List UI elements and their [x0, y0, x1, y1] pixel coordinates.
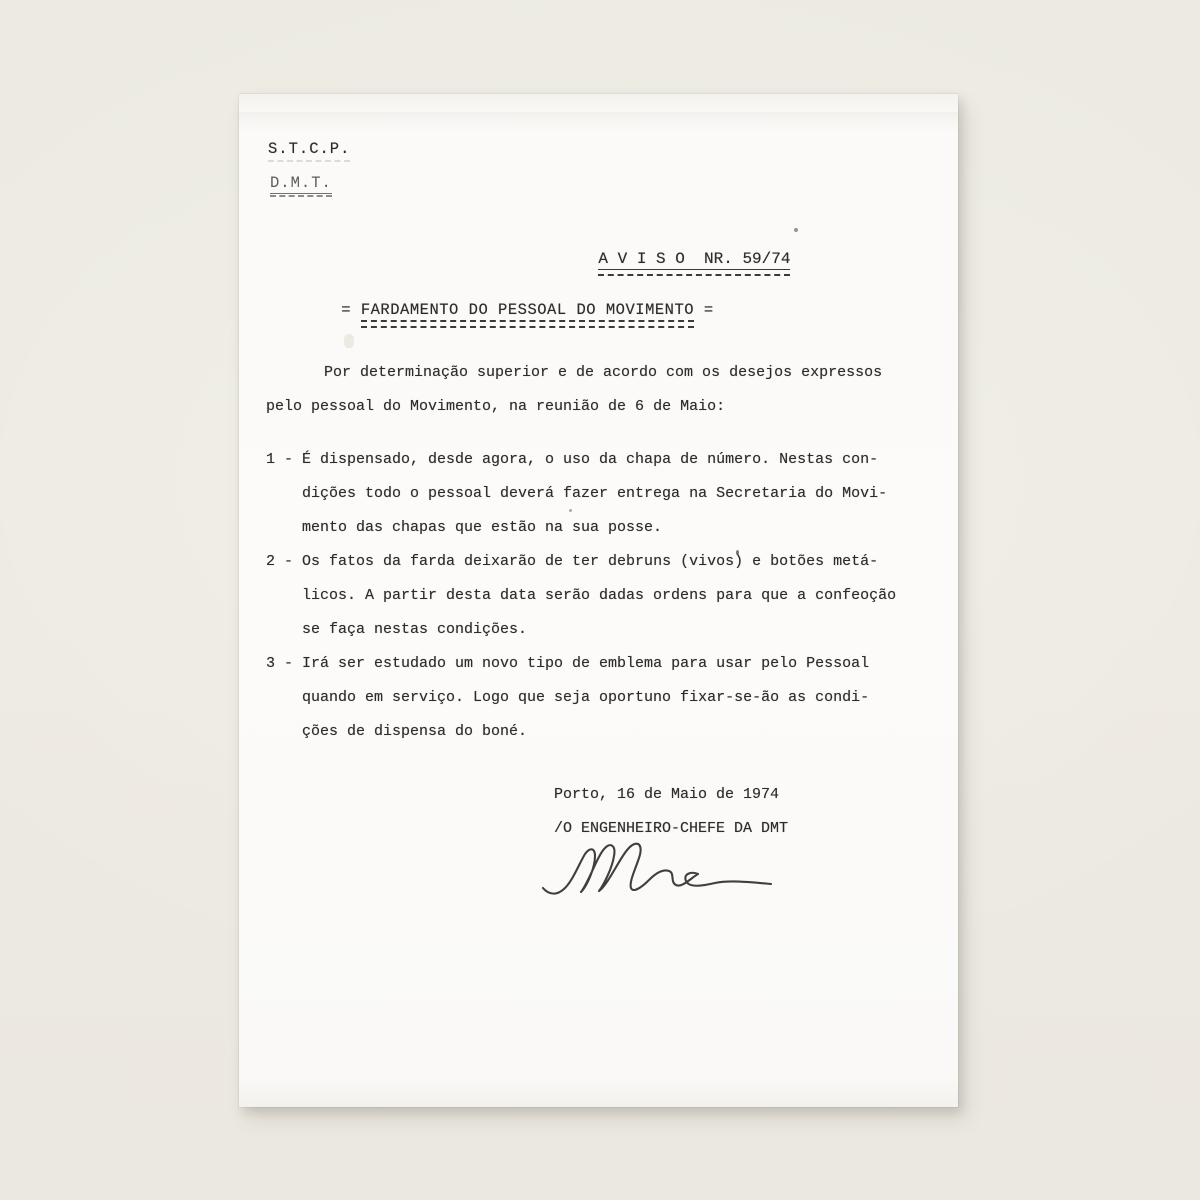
document-page: S.T.C.P. D.M.T. A V I S O NR. 59/74 = FA… — [239, 94, 958, 1107]
handwritten-signature — [539, 838, 779, 902]
item-3-line-1: 3 - Irá ser estudado um novo tipo de emb… — [266, 647, 926, 681]
notice-number: NR. 59/74 — [704, 250, 790, 268]
intro-line-2: pelo pessoal do Movimento, na reunião de… — [266, 390, 926, 424]
item-2-line-1: 2 - Os fatos da farda deixarão de ter de… — [266, 545, 926, 579]
subject-text: FARDAMENTO DO PESSOAL DO MOVIMENTO — [361, 301, 694, 322]
intro-line-1: Por determinação superior e de acordo co… — [266, 356, 926, 390]
notice-title-word: A V I S O — [598, 250, 684, 268]
org-abbreviation: S.T.C.P. — [268, 140, 350, 162]
dept-abbreviation-text: D.M.T. — [270, 174, 332, 194]
notice-title-separator — [685, 250, 704, 268]
scan-speck — [794, 228, 798, 232]
place-date-line: Porto, 16 de Maio de 1974 — [266, 778, 926, 812]
item-3-line-3: ções de dispensa do boné. — [266, 715, 926, 749]
subject-suffix: = — [694, 301, 714, 319]
dept-abbreviation: D.M.T. — [270, 174, 332, 197]
notice-body: Por determinação superior e de acordo co… — [266, 356, 926, 846]
item-2-line-2: licos. A partir desta data serão dadas o… — [266, 579, 926, 613]
item-1-line-3: mento das chapas que estão na sua posse. — [266, 511, 926, 545]
subject-line: = FARDAMENTO DO PESSOAL DO MOVIMENTO = — [302, 283, 714, 346]
item-1-line-1: 1 - É dispensado, desde agora, o uso da … — [266, 443, 926, 477]
item-1-line-2: dições todo o pessoal deverá fazer entre… — [266, 477, 926, 511]
subject-prefix: = — [341, 301, 361, 319]
item-3-line-2: quando em serviço. Logo que seja oportun… — [266, 681, 926, 715]
item-2-line-3: se faça nestas condições. — [266, 613, 926, 647]
